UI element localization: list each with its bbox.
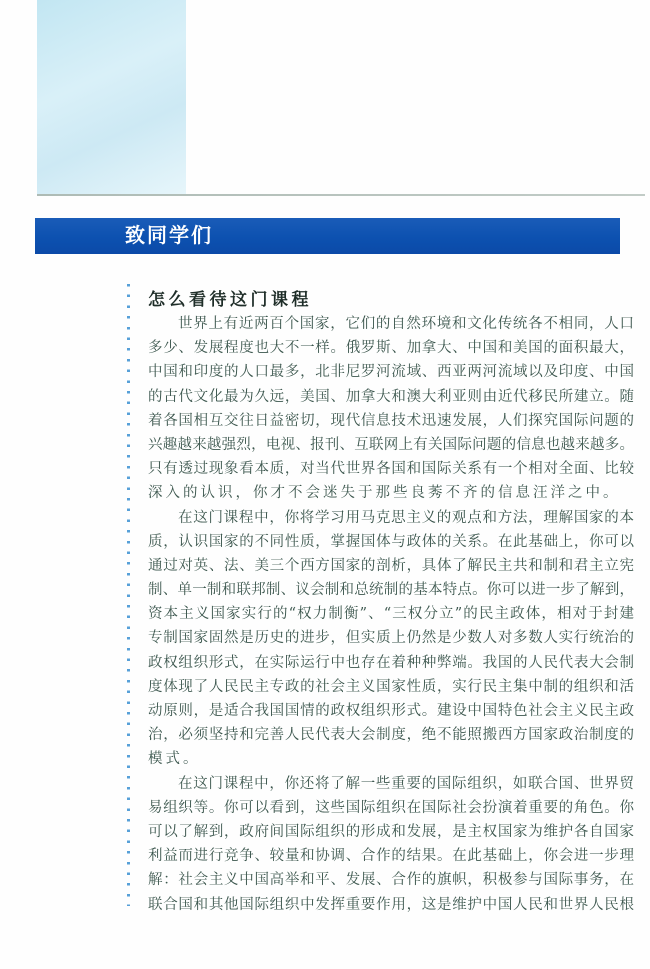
text-line: 模式。 — [148, 747, 634, 771]
text-line: 可以了解到，政府间国际组织的形成和发展，是主权国家为维护各自国家 — [148, 820, 634, 844]
text-line: 治，必须坚持和完善人民代表大会制度，绝不能照搬西方国家政治制度的 — [148, 723, 634, 747]
course-intro-heading: 怎么看待这门课程 — [148, 288, 634, 312]
text-line: 制、单一制和联邦制、议会制和总统制的基本特点。你可以进一步了解到， — [148, 578, 634, 602]
text-line: 在这门课程中，你将学习用马克思主义的观点和方法，理解国家的本 — [148, 506, 634, 530]
decorative-corner-gradient — [37, 0, 186, 196]
text-line: 质，认识国家的不同性质，掌握国体与政体的关系。在此基础上，你可以 — [148, 530, 634, 554]
text-line: 易组织等。你可以看到，这些国际组织在国际社会扮演着重要的角色。你 — [148, 796, 634, 820]
text-line: 政权组织形式，在实际运行中也存在着种种弊端。我国的人民代表大会制 — [148, 651, 634, 675]
text-line: 资本主义国家实行的“权力制衡”、“三权分立”的民主政体，相对于封建 — [148, 602, 634, 626]
divider-line — [37, 194, 645, 196]
textbook-page: 致同学们 怎么看待这门课程 世界上有近两百个国家，它们的自然环境和文化传统各不相… — [0, 0, 650, 969]
text-line: 世界上有近两百个国家，它们的自然环境和文化传统各不相同，人口 — [148, 312, 634, 336]
text-line: 利益而进行竞争、较量和协调、合作的结果。在此基础上，你会进一步理 — [148, 844, 634, 868]
text-line: 着各国相互交往日益密切，现代信息技术迅速发展，人们探究国际问题的 — [148, 409, 634, 433]
dotted-margin-line — [127, 284, 130, 906]
text-line: 联合国和其他国际组织中发挥重要作用，这是维护中国人民和世界人民根 — [148, 893, 634, 917]
intro-paragraph-1: 世界上有近两百个国家，它们的自然环境和文化传统各不相同，人口 多少、发展程度也大… — [148, 312, 634, 506]
section-header-band: 致同学们 — [35, 218, 620, 254]
intro-paragraph-2: 在这门课程中，你将学习用马克思主义的观点和方法，理解国家的本 质，认识国家的不同… — [148, 506, 634, 772]
section-title: 致同学们 — [35, 218, 620, 254]
text-line: 在这门课程中，你还将了解一些重要的国际组织，如联合国、世界贸 — [148, 772, 634, 796]
text-line: 兴趣越来越强烈，电视、报刊、互联网上有关国际问题的信息也越来越多。 — [148, 433, 634, 457]
text-line: 解：社会主义中国高举和平、发展、合作的旗帜，积极参与国际事务，在 — [148, 868, 634, 892]
text-line: 度体现了人民民主专政的社会主义国家性质，实行民主集中制的组织和活 — [148, 675, 634, 699]
text-line: 多少、发展程度也大不一样。俄罗斯、加拿大、中国和美国的面积最大， — [148, 336, 634, 360]
text-line: 的古代文化最为久远，美国、加拿大和澳大利亚则由近代移民所建立。随 — [148, 385, 634, 409]
text-line: 通过对英、法、美三个西方国家的剖析，具体了解民主共和制和君主立宪 — [148, 554, 634, 578]
text-line: 专制国家固然是历史的进步，但实质上仍然是少数人对多数人实行统治的 — [148, 626, 634, 650]
text-line: 只有透过现象看本质，对当代世界各国和国际关系有一个相对全面、比较 — [148, 457, 634, 481]
body-text-column: 怎么看待这门课程 世界上有近两百个国家，它们的自然环境和文化传统各不相同，人口 … — [148, 288, 634, 917]
text-line: 中国和印度的人口最多，北非尼罗河流域、西亚两河流域以及印度、中国 — [148, 360, 634, 384]
text-line: 动原则，是适合我国国情的政权组织形式。建设中国特色社会主义民主政 — [148, 699, 634, 723]
text-line: 深入的认识，你才不会迷失于那些良莠不齐的信息汪洋之中。 — [148, 481, 634, 505]
intro-paragraph-3: 在这门课程中，你还将了解一些重要的国际组织，如联合国、世界贸 易组织等。你可以看… — [148, 772, 634, 917]
